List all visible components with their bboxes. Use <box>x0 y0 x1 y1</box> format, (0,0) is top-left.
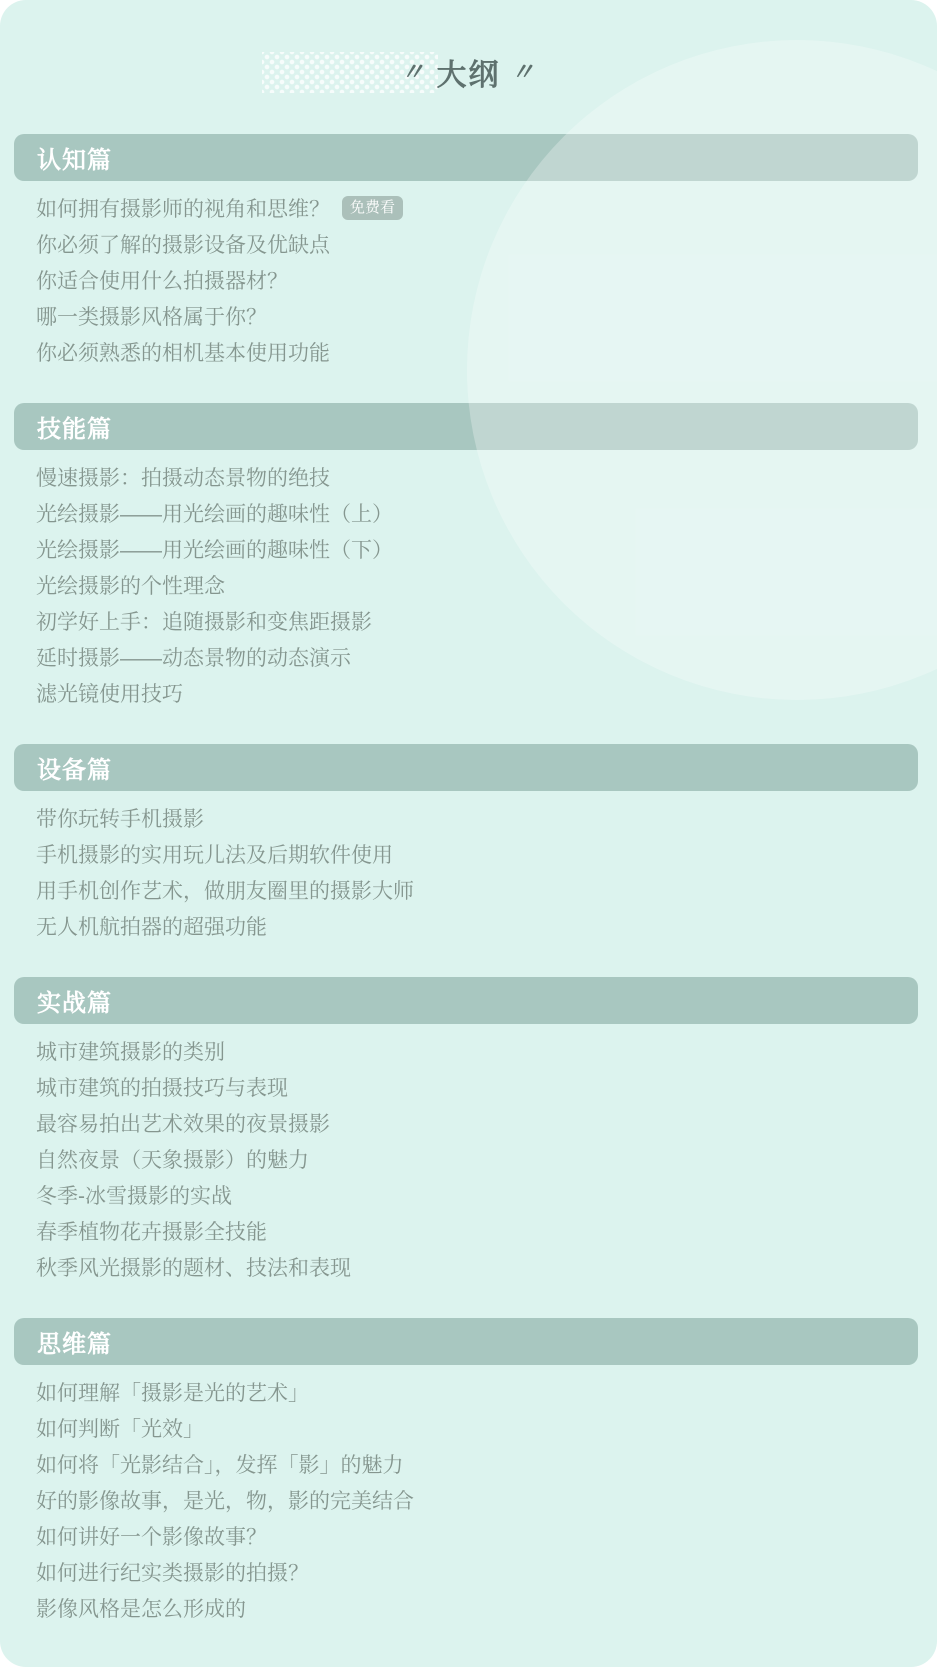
lesson-title: 如何将「光影结合」，发挥「影」的魅力 <box>36 1449 404 1479</box>
outline-card: 〃 大纲 〃 认知篇如何拥有摄影师的视角和思维？免费看你必须了解的摄影设备及优缺… <box>0 0 937 1667</box>
lesson-item[interactable]: 春季植物花卉摄影全技能 <box>36 1213 917 1249</box>
lesson-title: 如何讲好一个影像故事？ <box>36 1521 267 1551</box>
lesson-item[interactable]: 城市建筑摄影的类别 <box>36 1033 917 1069</box>
lesson-title: 滤光镜使用技巧 <box>36 678 183 708</box>
lesson-title: 你必须熟悉的相机基本使用功能 <box>36 337 330 367</box>
lesson-title: 光绘摄影的个性理念 <box>36 570 225 600</box>
lesson-item[interactable]: 带你玩转手机摄影 <box>36 800 917 836</box>
outline-section: 技能篇慢速摄影：拍摄动态景物的绝技光绘摄影——用光绘画的趣味性（上）光绘摄影——… <box>0 403 937 711</box>
lesson-item[interactable]: 最容易拍出艺术效果的夜景摄影 <box>36 1105 917 1141</box>
lesson-item[interactable]: 城市建筑的拍摄技巧与表现 <box>36 1069 917 1105</box>
lesson-item[interactable]: 影像风格是怎么形成的 <box>36 1590 917 1626</box>
outline-section: 思维篇如何理解「摄影是光的艺术」如何判断「光效」如何将「光影结合」，发挥「影」的… <box>0 1318 937 1626</box>
lesson-item[interactable]: 你必须熟悉的相机基本使用功能 <box>36 334 917 370</box>
lesson-item[interactable]: 哪一类摄影风格属于你？ <box>36 298 917 334</box>
lesson-item[interactable]: 光绘摄影的个性理念 <box>36 567 917 603</box>
lesson-item[interactable]: 秋季风光摄影的题材、技法和表现 <box>36 1249 917 1285</box>
lesson-list: 如何理解「摄影是光的艺术」如何判断「光效」如何将「光影结合」，发挥「影」的魅力好… <box>0 1365 937 1626</box>
lesson-title: 光绘摄影——用光绘画的趣味性（下） <box>36 534 393 564</box>
outline-section: 认知篇如何拥有摄影师的视角和思维？免费看你必须了解的摄影设备及优缺点你适合使用什… <box>0 134 937 370</box>
lesson-title: 无人机航拍器的超强功能 <box>36 911 267 941</box>
lesson-list: 如何拥有摄影师的视角和思维？免费看你必须了解的摄影设备及优缺点你适合使用什么拍摄… <box>0 181 937 370</box>
outline-section: 实战篇城市建筑摄影的类别城市建筑的拍摄技巧与表现最容易拍出艺术效果的夜景摄影自然… <box>0 977 937 1285</box>
lesson-title: 好的影像故事，是光，物，影的完美结合 <box>36 1485 414 1515</box>
lesson-item[interactable]: 如何拥有摄影师的视角和思维？免费看 <box>36 190 917 226</box>
section-header-bar: 思维篇 <box>14 1318 918 1365</box>
section-title: 认知篇 <box>37 140 112 175</box>
lesson-title: 如何理解「摄影是光的艺术」 <box>36 1377 309 1407</box>
lesson-title: 影像风格是怎么形成的 <box>36 1593 246 1623</box>
lesson-title: 最容易拍出艺术效果的夜景摄影 <box>36 1108 330 1138</box>
lesson-item[interactable]: 如何进行纪实类摄影的拍摄？ <box>36 1554 917 1590</box>
section-header-bar: 设备篇 <box>14 744 918 791</box>
lesson-title: 初学好上手：追随摄影和变焦距摄影 <box>36 606 372 636</box>
lesson-item[interactable]: 你适合使用什么拍摄器材？ <box>36 262 917 298</box>
page-title: 〃 大纲 〃 <box>401 50 537 94</box>
section-header-bar: 实战篇 <box>14 977 918 1024</box>
lesson-title: 延时摄影——动态景物的动态演示 <box>36 642 351 672</box>
lesson-title: 用手机创作艺术，做朋友圈里的摄影大师 <box>36 875 414 905</box>
title-quote-left-icon: 〃 <box>401 52 427 87</box>
lesson-item[interactable]: 手机摄影的实用玩儿法及后期软件使用 <box>36 836 917 872</box>
lesson-item[interactable]: 延时摄影——动态景物的动态演示 <box>36 639 917 675</box>
lesson-title: 慢速摄影：拍摄动态景物的绝技 <box>36 462 330 492</box>
page-header: 〃 大纲 〃 <box>0 0 937 94</box>
free-watch-badge[interactable]: 免费看 <box>342 196 403 220</box>
lesson-list: 慢速摄影：拍摄动态景物的绝技光绘摄影——用光绘画的趣味性（上）光绘摄影——用光绘… <box>0 450 937 711</box>
section-title: 技能篇 <box>37 409 112 444</box>
lesson-title: 手机摄影的实用玩儿法及后期软件使用 <box>36 839 393 869</box>
lesson-item[interactable]: 如何将「光影结合」，发挥「影」的魅力 <box>36 1446 917 1482</box>
sections-container: 认知篇如何拥有摄影师的视角和思维？免费看你必须了解的摄影设备及优缺点你适合使用什… <box>0 134 937 1626</box>
lesson-item[interactable]: 光绘摄影——用光绘画的趣味性（下） <box>36 531 917 567</box>
section-title: 思维篇 <box>37 1324 112 1359</box>
outline-section: 设备篇带你玩转手机摄影手机摄影的实用玩儿法及后期软件使用用手机创作艺术，做朋友圈… <box>0 744 937 944</box>
lesson-title: 你适合使用什么拍摄器材？ <box>36 265 288 295</box>
page-title-text: 大纲 <box>437 50 501 94</box>
lesson-item[interactable]: 好的影像故事，是光，物，影的完美结合 <box>36 1482 917 1518</box>
title-quote-right-icon: 〃 <box>511 52 537 87</box>
lesson-list: 城市建筑摄影的类别城市建筑的拍摄技巧与表现最容易拍出艺术效果的夜景摄影自然夜景（… <box>0 1024 937 1285</box>
lesson-title: 城市建筑摄影的类别 <box>36 1036 225 1066</box>
lesson-item[interactable]: 光绘摄影——用光绘画的趣味性（上） <box>36 495 917 531</box>
lesson-title: 自然夜景（天象摄影）的魅力 <box>36 1144 309 1174</box>
lesson-title: 如何判断「光效」 <box>36 1413 204 1443</box>
lesson-item[interactable]: 滤光镜使用技巧 <box>36 675 917 711</box>
lesson-title: 哪一类摄影风格属于你？ <box>36 301 267 331</box>
lesson-item[interactable]: 你必须了解的摄影设备及优缺点 <box>36 226 917 262</box>
lesson-item[interactable]: 如何判断「光效」 <box>36 1410 917 1446</box>
lesson-title: 光绘摄影——用光绘画的趣味性（上） <box>36 498 393 528</box>
lesson-title: 秋季风光摄影的题材、技法和表现 <box>36 1252 351 1282</box>
lesson-title: 如何进行纪实类摄影的拍摄？ <box>36 1557 309 1587</box>
section-header-bar: 认知篇 <box>14 134 918 181</box>
lesson-item[interactable]: 无人机航拍器的超强功能 <box>36 908 917 944</box>
lesson-title: 带你玩转手机摄影 <box>36 803 204 833</box>
section-header-bar: 技能篇 <box>14 403 918 450</box>
lesson-item[interactable]: 初学好上手：追随摄影和变焦距摄影 <box>36 603 917 639</box>
lesson-item[interactable]: 如何理解「摄影是光的艺术」 <box>36 1374 917 1410</box>
lesson-item[interactable]: 自然夜景（天象摄影）的魅力 <box>36 1141 917 1177</box>
lesson-title: 冬季-冰雪摄影的实战 <box>36 1180 232 1210</box>
lesson-item[interactable]: 用手机创作艺术，做朋友圈里的摄影大师 <box>36 872 917 908</box>
lesson-title: 你必须了解的摄影设备及优缺点 <box>36 229 330 259</box>
lesson-title: 如何拥有摄影师的视角和思维？ <box>36 193 330 223</box>
lesson-list: 带你玩转手机摄影手机摄影的实用玩儿法及后期软件使用用手机创作艺术，做朋友圈里的摄… <box>0 791 937 944</box>
section-title: 设备篇 <box>37 750 112 785</box>
section-title: 实战篇 <box>37 983 112 1018</box>
lesson-title: 城市建筑的拍摄技巧与表现 <box>36 1072 288 1102</box>
lesson-title: 春季植物花卉摄影全技能 <box>36 1216 267 1246</box>
lesson-item[interactable]: 冬季-冰雪摄影的实战 <box>36 1177 917 1213</box>
lesson-item[interactable]: 慢速摄影：拍摄动态景物的绝技 <box>36 459 917 495</box>
lesson-item[interactable]: 如何讲好一个影像故事？ <box>36 1518 917 1554</box>
